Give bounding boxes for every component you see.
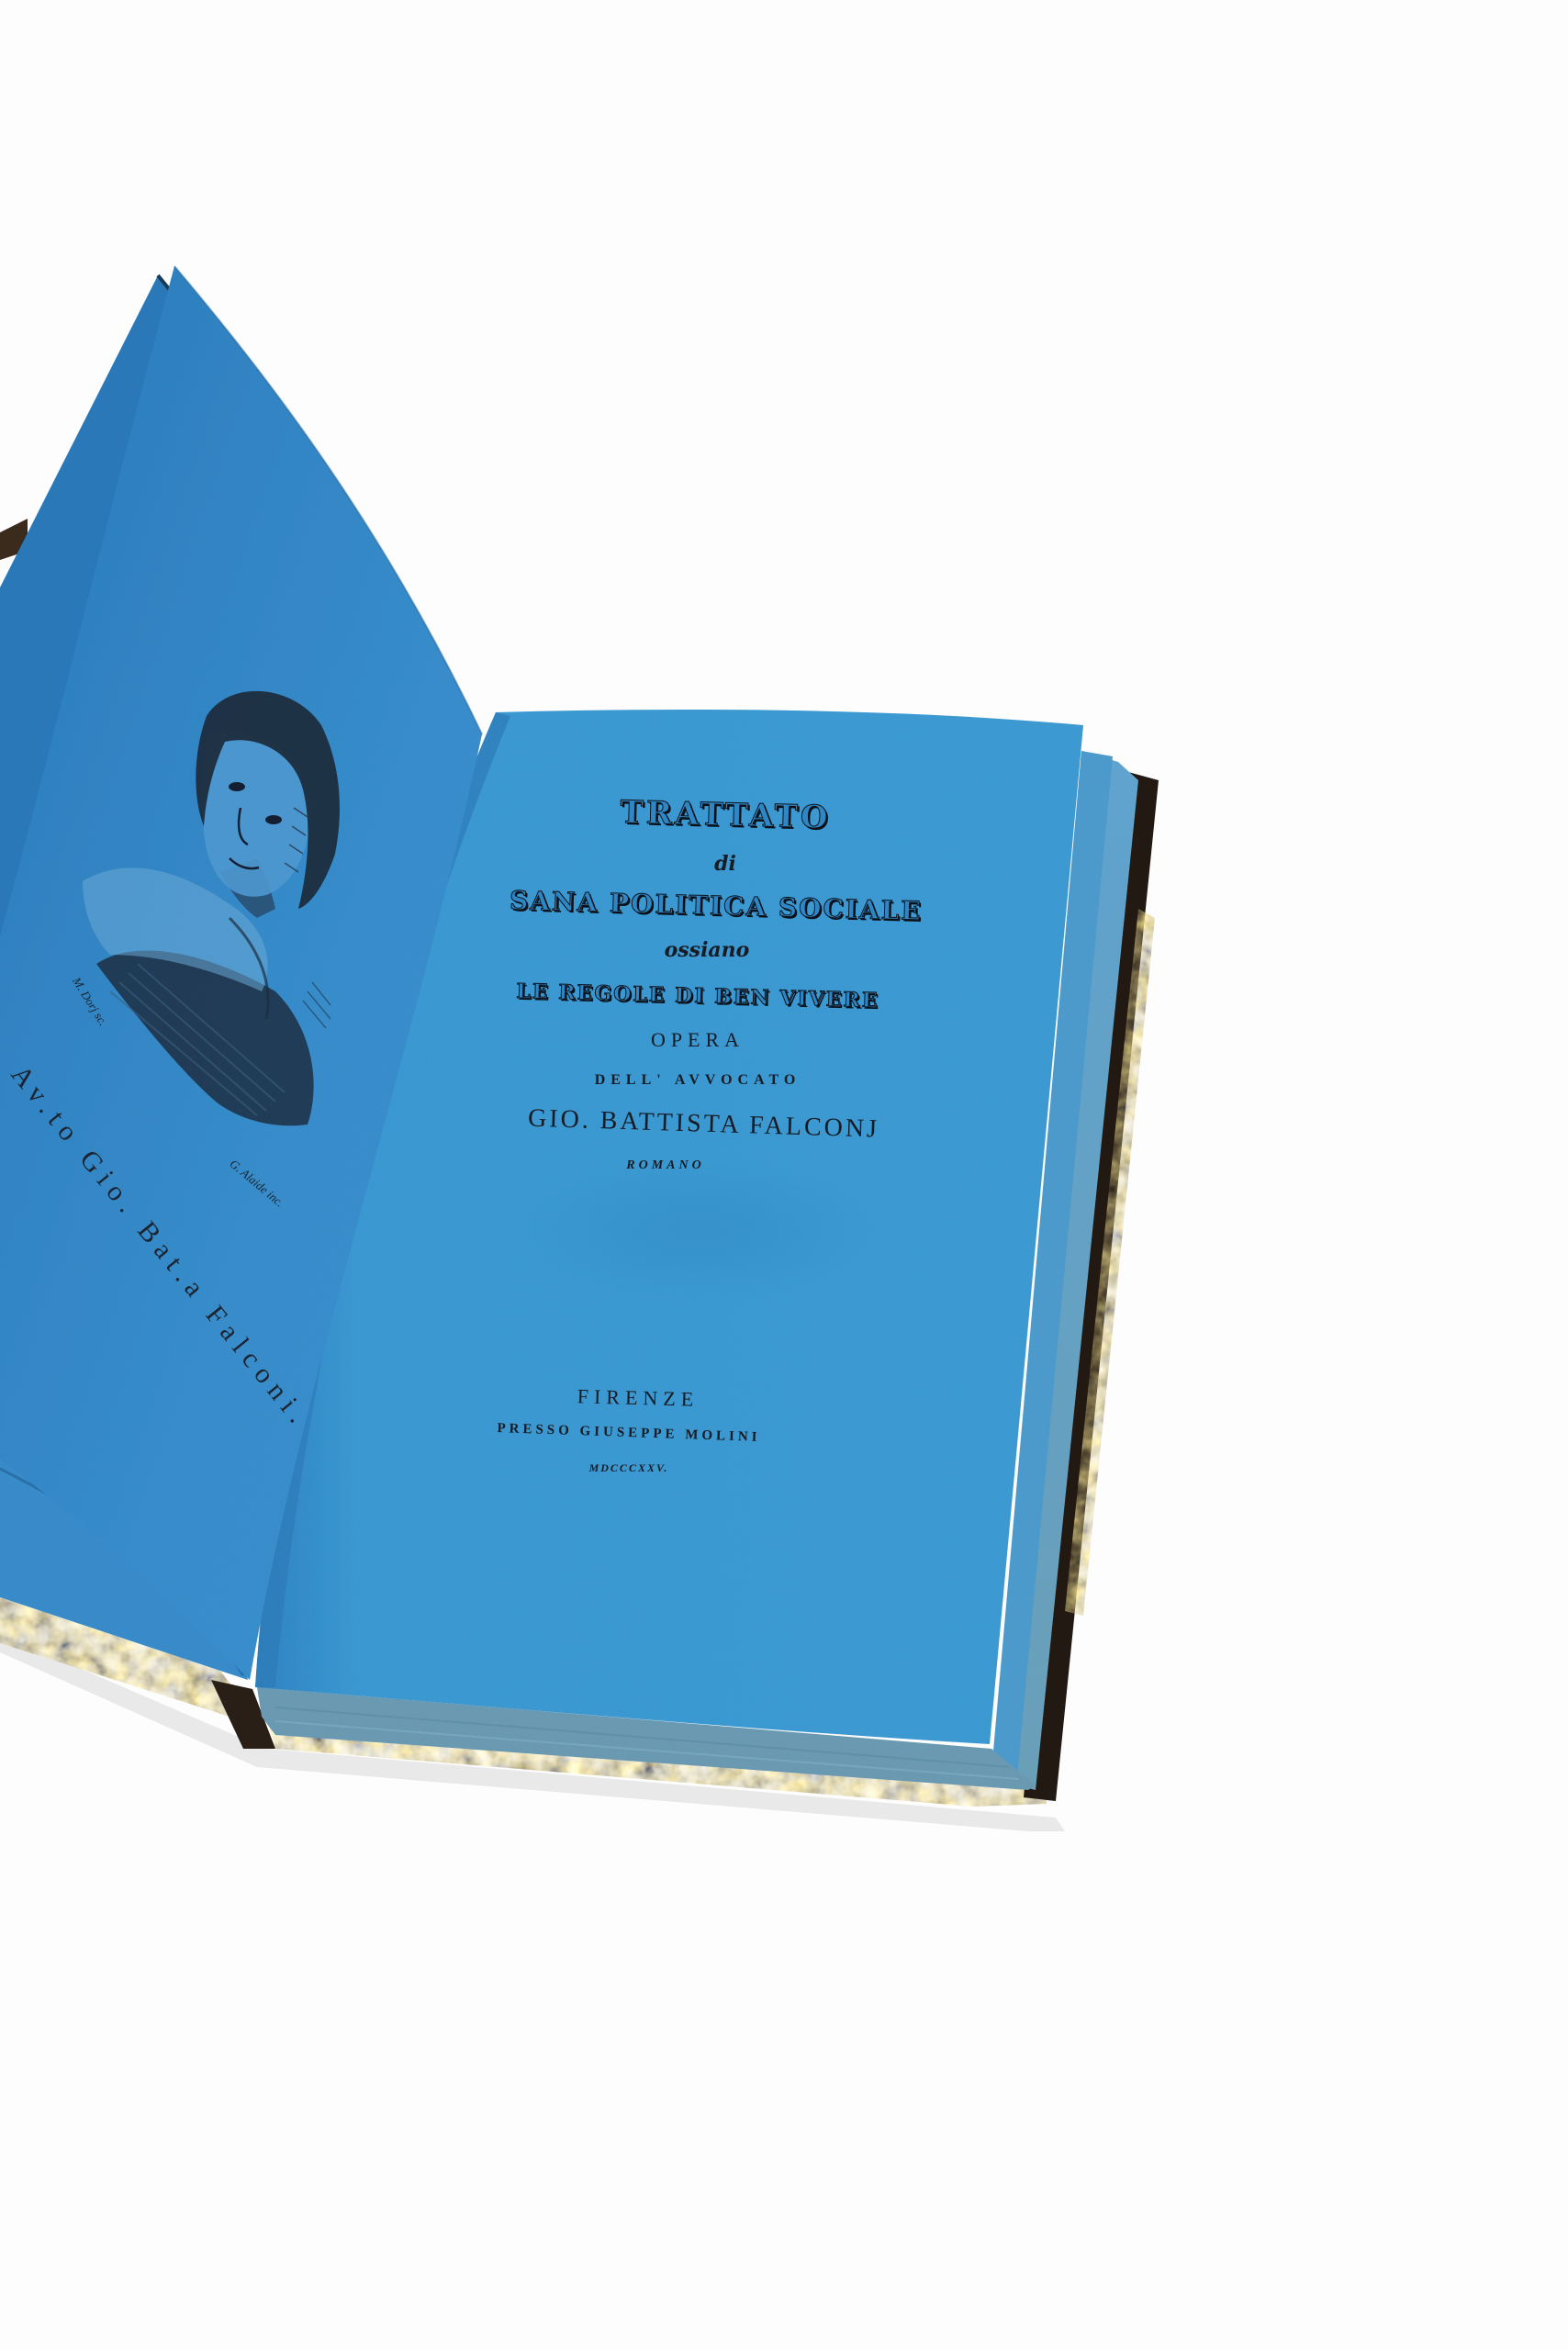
- book-photo: [0, 0, 1568, 2350]
- page-stain: [514, 1157, 881, 1304]
